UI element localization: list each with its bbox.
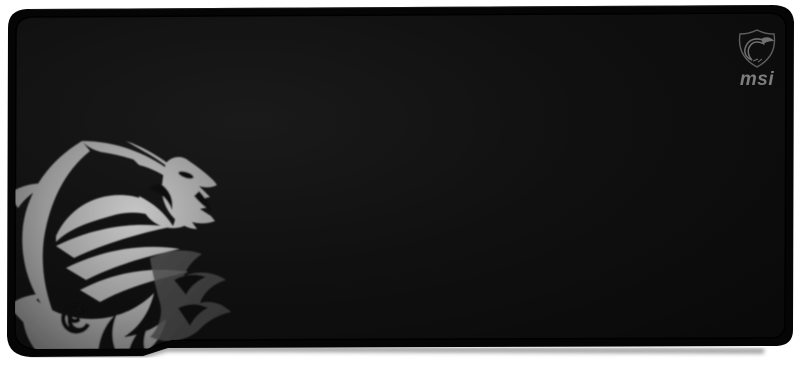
msi-mousepad-photo: msi bbox=[0, 0, 800, 367]
product-image: msi bbox=[0, 0, 800, 367]
pad-surface bbox=[15, 13, 786, 349]
msi-wordmark: msi bbox=[740, 69, 774, 90]
